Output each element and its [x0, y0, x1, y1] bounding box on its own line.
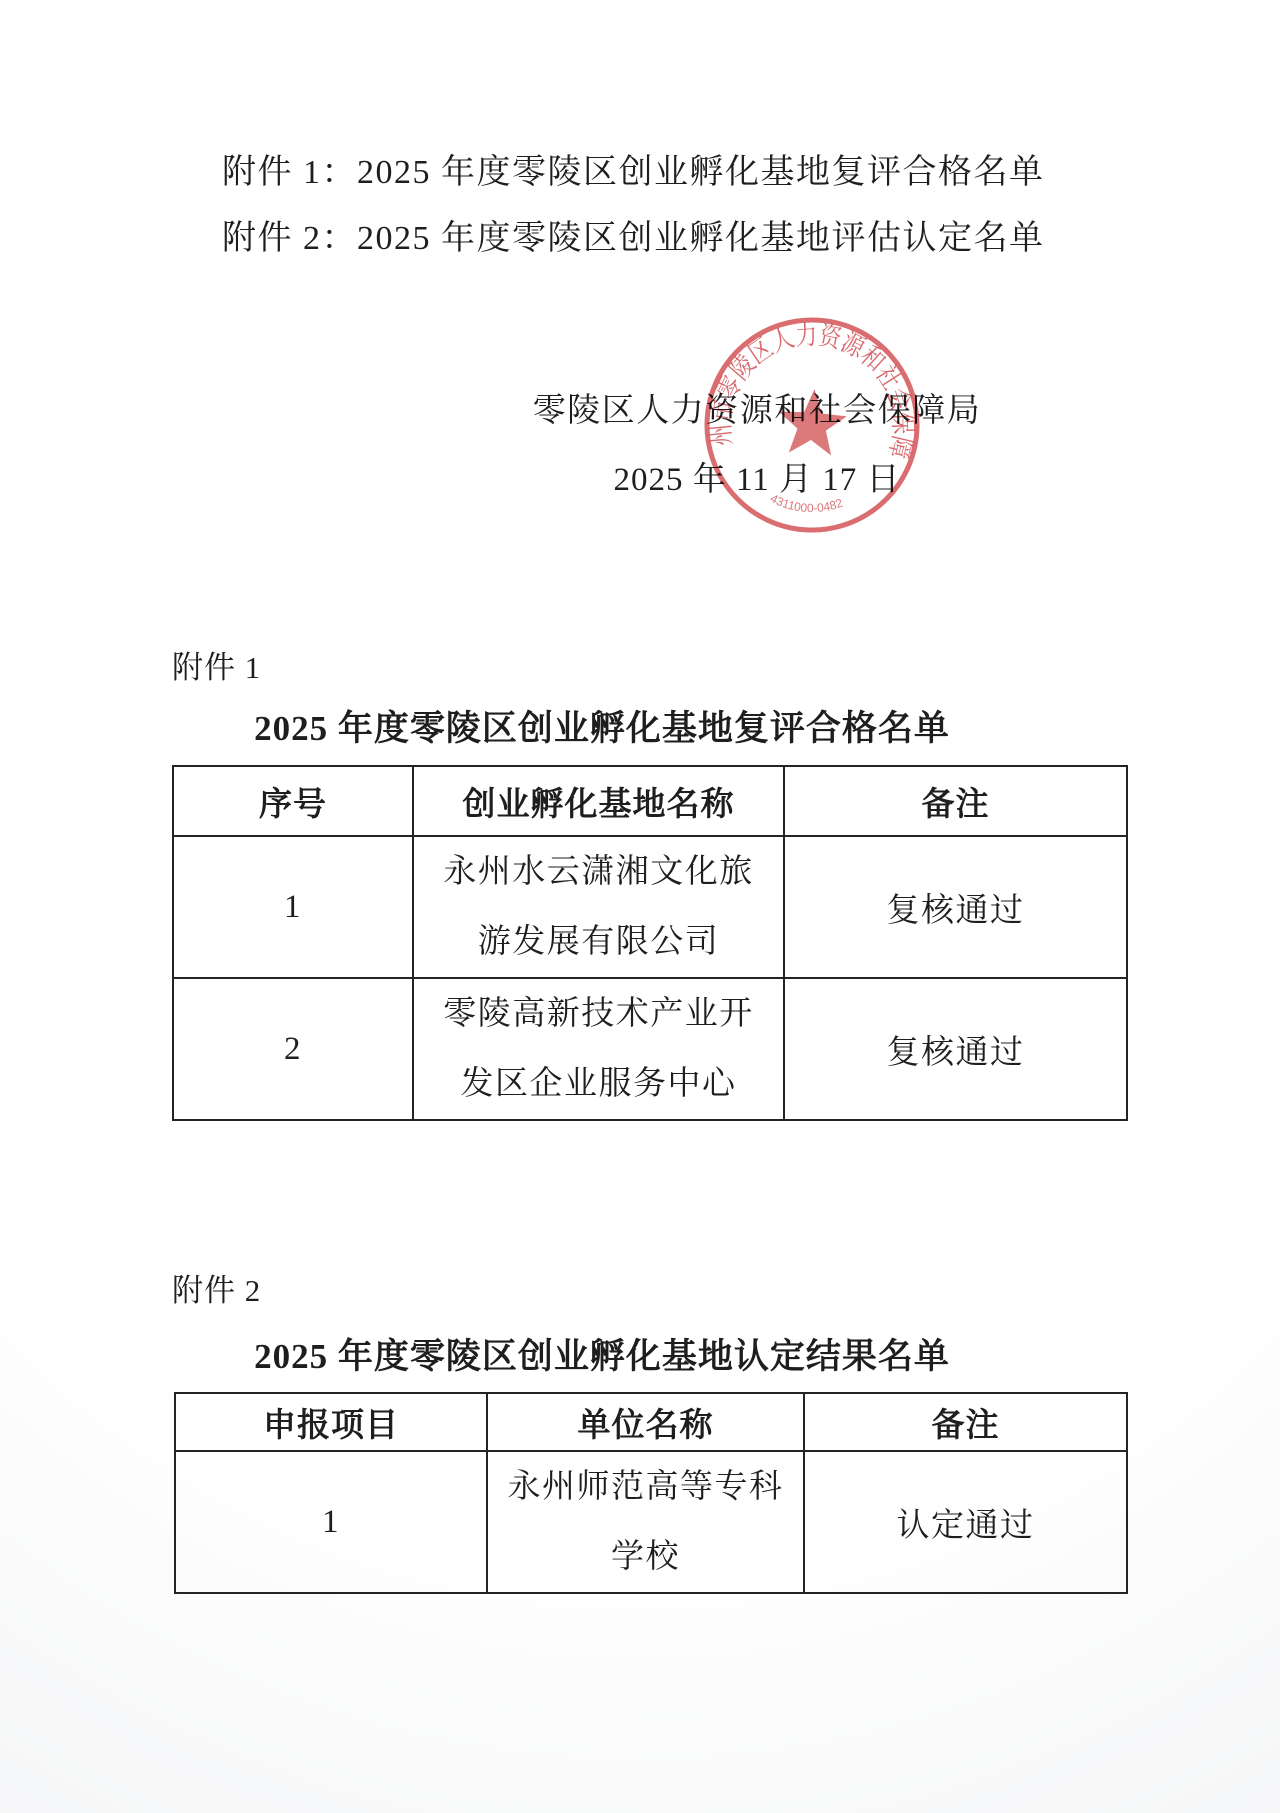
- seal-code-holder: 4311000-0482: [767, 491, 845, 518]
- col-header-project: 申报项目: [175, 1393, 487, 1451]
- official-seal: 永州市零陵区人力资源和社会保障局 4311000-0482: [686, 299, 938, 551]
- remark-cell: 认定通过: [804, 1451, 1127, 1593]
- review-pass-table: 序号 创业孵化基地名称 备注 1 永州水云潇湘文化旅 游发展有限公司 复核通过 …: [172, 765, 1128, 1121]
- table-row: 1 永州水云潇湘文化旅 游发展有限公司 复核通过: [173, 836, 1127, 978]
- col-header-unit-name: 单位名称: [487, 1393, 804, 1451]
- attachment2-heading: 附件 2: [172, 1265, 261, 1310]
- table-row: 1 永州师范高等专科 学校 认定通过: [175, 1451, 1127, 1593]
- attachment-ref-2: 附件 2：2025 年度零陵区创业孵化基地评估认定名单: [222, 206, 1045, 272]
- attachment-refs: 附件 1：2025 年度零陵区创业孵化基地复评合格名单 附件 2：2025 年度…: [222, 140, 1045, 272]
- serial-cell: 2: [173, 978, 413, 1120]
- attachment1-title: 2025 年度零陵区创业孵化基地复评合格名单: [172, 701, 1032, 751]
- recognition-result-table: 申报项目 单位名称 备注 1 永州师范高等专科 学校 认定通过: [174, 1392, 1128, 1594]
- attachment2-title: 2025 年度零陵区创业孵化基地认定结果名单: [172, 1329, 1032, 1379]
- attachment-ref-1: 附件 1：2025 年度零陵区创业孵化基地复评合格名单: [222, 140, 1045, 206]
- base-name-cell: 永州水云潇湘文化旅 游发展有限公司: [413, 836, 784, 978]
- serial-cell: 1: [175, 1451, 487, 1593]
- col-header-remark: 备注: [784, 766, 1127, 836]
- table-row: 2 零陵高新技术产业开 发区企业服务中心 复核通过: [173, 978, 1127, 1120]
- seal-code: 4311000-0482: [767, 491, 845, 518]
- col-header-base-name: 创业孵化基地名称: [413, 766, 784, 836]
- remark-cell: 复核通过: [784, 978, 1127, 1120]
- table-header-row: 序号 创业孵化基地名称 备注: [173, 766, 1127, 836]
- table-header-row: 申报项目 单位名称 备注: [175, 1393, 1127, 1451]
- star-icon: [776, 387, 849, 457]
- col-header-remark: 备注: [804, 1393, 1127, 1451]
- col-header-serial: 序号: [173, 766, 413, 836]
- serial-cell: 1: [173, 836, 413, 978]
- unit-name-cell: 永州师范高等专科 学校: [487, 1451, 804, 1593]
- document-page: 附件 1：2025 年度零陵区创业孵化基地复评合格名单 附件 2：2025 年度…: [0, 0, 1280, 1813]
- base-name-cell: 零陵高新技术产业开 发区企业服务中心: [413, 978, 784, 1120]
- attachment1-heading: 附件 1: [172, 642, 261, 687]
- remark-cell: 复核通过: [784, 836, 1127, 978]
